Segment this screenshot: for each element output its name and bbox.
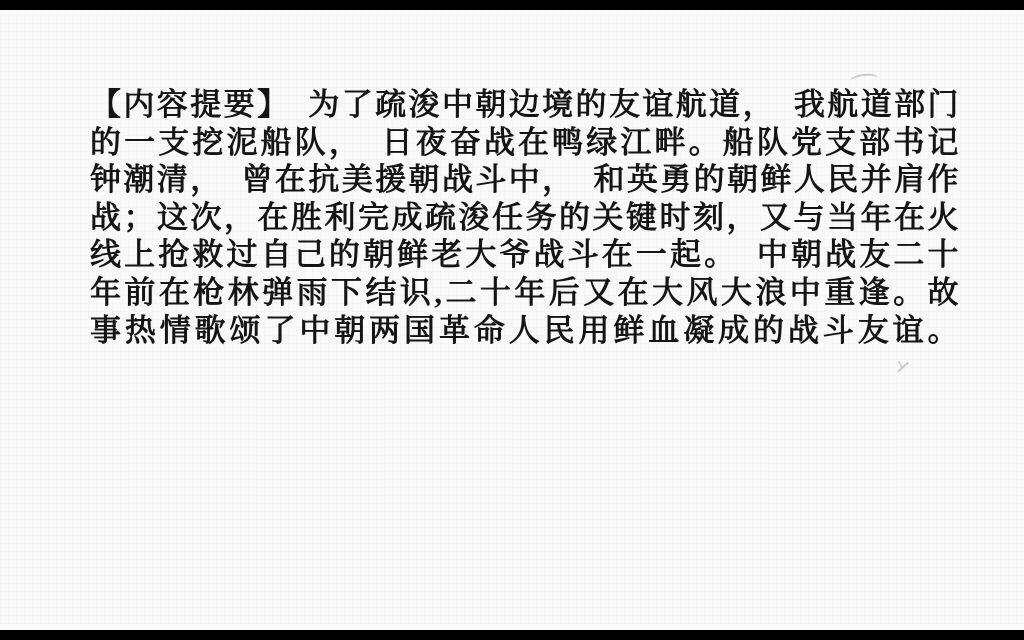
scanned-slide-page: 【内容提要】 为了疏浚中朝边境的友谊航道， 我航道部门 的一支挖泥船队， 日夜奋… [0, 0, 1024, 640]
text-line: 战；这次，在胜利完成疏浚任务的关键时刻，又与当年在火 [90, 199, 960, 237]
text-line: 事热情歌颂了中朝两国革命人民用鲜血凝成的战斗友谊。 [90, 312, 960, 350]
text-line: 年前在枪林弹雨下结识,二十年后又在大风大浪中重逢。故 [90, 274, 960, 312]
text-line: 钟潮清， 曾在抗美援朝战斗中， 和英勇的朝鲜人民并肩作 [90, 161, 960, 199]
top-letterbox-bar [0, 0, 1024, 10]
summary-paragraph: 【内容提要】 为了疏浚中朝边境的友谊航道， 我航道部门 的一支挖泥船队， 日夜奋… [90, 86, 960, 349]
text-line: 线上抢救过自己的朝鲜老大爷战斗在一起。 中朝战友二十 [90, 236, 960, 274]
text-line: 的一支挖泥船队， 日夜奋战在鸭绿江畔。船队党支部书记 [90, 124, 960, 162]
text-line: 【内容提要】 为了疏浚中朝边境的友谊航道， 我航道部门 [90, 86, 960, 124]
scan-artifact-mark [894, 359, 912, 377]
bottom-letterbox-bar [0, 630, 1024, 640]
scan-artifact-mark [849, 72, 878, 86]
